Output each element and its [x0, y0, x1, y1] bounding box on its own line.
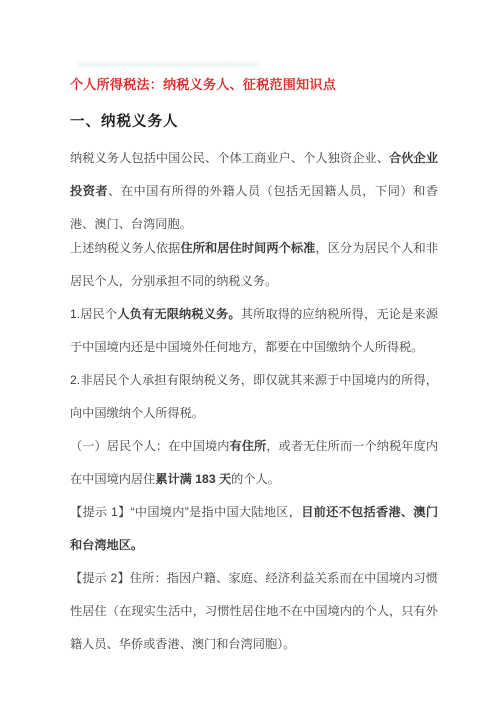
text-run: 1.居民个: [70, 307, 117, 321]
text-run: 【提示 1】“中国境内”是指中国大陆地区，: [70, 505, 301, 519]
paragraph-resident-definition: （一）居民个人：在中国境内有住所，或者无住所而一个纳税年度内在中国境内居住累计满…: [70, 430, 438, 496]
text-run: 纳税义务人包括中国公民、个体工商业户、个人独资企业、: [70, 151, 389, 165]
document-body: 纳税义务人包括中国公民、个体工商业户、个人独资企业、合伙企业投资者、在中国有所得…: [70, 142, 438, 661]
document-page: 个人所得税法：纳税义务人、征税范围知识点 一、纳税义务人 纳税义务人包括中国公民…: [0, 0, 500, 707]
text-run: 的个人。: [231, 472, 280, 486]
faded-watermark-artifact: [78, 62, 228, 67]
text-run: （一）居民个人：在中国境内: [70, 439, 230, 453]
paragraph-resident-unlimited: 1.居民个人负有无限纳税义务。其所取得的应纳税所得，无论是来源于中国境内还是中国…: [70, 298, 438, 364]
text-run-bold: 住所和居住时间两个标准: [180, 241, 315, 255]
paragraph-nonresident-limited: 2.非居民个人承担有限纳税义务，即仅就其来源于中国境内的所得，向中国缴纳个人所得…: [70, 364, 438, 430]
paragraph-tip-1: 【提示 1】“中国境内”是指中国大陆地区，目前还不包括香港、澳门和台湾地区。: [70, 496, 438, 562]
document-title: 个人所得税法：纳税义务人、征税范围知识点: [70, 78, 438, 92]
faded-watermark-artifact: [223, 62, 259, 67]
paragraph-taxpayer-scope: 纳税义务人包括中国公民、个体工商业户、个人独资企业、合伙企业投资者、在中国有所得…: [70, 142, 438, 241]
paragraph-tip-2: 【提示 2】住所：指因户籍、家庭、经济利益关系而在中国境内习惯性居住（在现实生活…: [70, 562, 438, 661]
text-run-bold: 有住所: [230, 439, 267, 453]
text-run: 【提示 2】住所：指因户籍、家庭、经济利益关系而在中国境内习惯性居住（在现实生活…: [70, 571, 438, 651]
text-run: 2.非居民个人承担有限纳税义务，即仅就其来源于中国境内的所得，向中国缴纳个人所得…: [70, 373, 438, 420]
section-heading: 一、纳税义务人: [70, 115, 438, 130]
paragraph-two-criteria: 上述纳税义务人依据住所和居住时间两个标准，区分为居民个人和非居民个人，分别承担不…: [70, 232, 438, 298]
text-run-bold: 累计满 183 天: [155, 472, 231, 486]
text-run-bold: 人负有无限纳税义务。: [117, 307, 240, 321]
text-run: 上述纳税义务人依据: [70, 241, 180, 255]
text-run: 、在中国有所得的外籍人员（包括无国籍人员，下同）和香港、澳门、台湾同胞。: [70, 184, 438, 231]
